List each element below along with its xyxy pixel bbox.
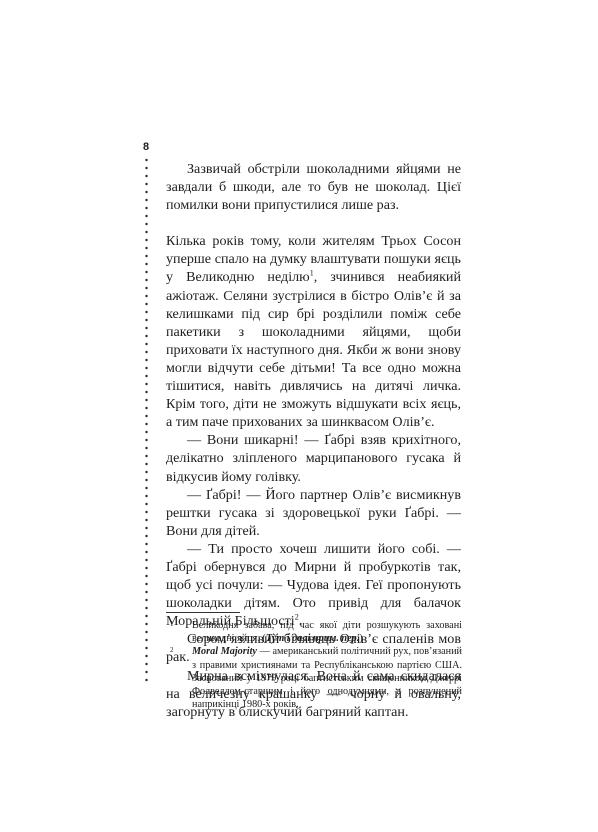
paragraph: Зазвичай обстріли шоколадними яйцями не …	[166, 160, 461, 214]
paragraph: — Ґабрі! — Його партнер Олів’є висмикнув…	[166, 486, 461, 540]
footnote-number: 1	[170, 619, 174, 629]
paragraph: — Ти просто хочеш лишити його собі. — Ґа…	[166, 540, 461, 630]
paragraph: Кілька років тому, коли жителям Трьох Со…	[166, 232, 461, 431]
page-number: 8	[143, 141, 149, 153]
footnote-number: 2	[170, 645, 174, 655]
dotted-margin-rule	[145, 156, 148, 684]
paragraph: — Вони шикарні! — Ґабрі взяв крихітного,…	[166, 431, 461, 485]
footnotes: 1 Великодня забава, під час якої діти ро…	[166, 619, 462, 711]
footnote: 1 Великодня забава, під час якої діти ро…	[166, 619, 462, 645]
footnote-rule	[166, 612, 240, 613]
footnote: 2 Moral Majority — американський політич…	[166, 645, 462, 711]
